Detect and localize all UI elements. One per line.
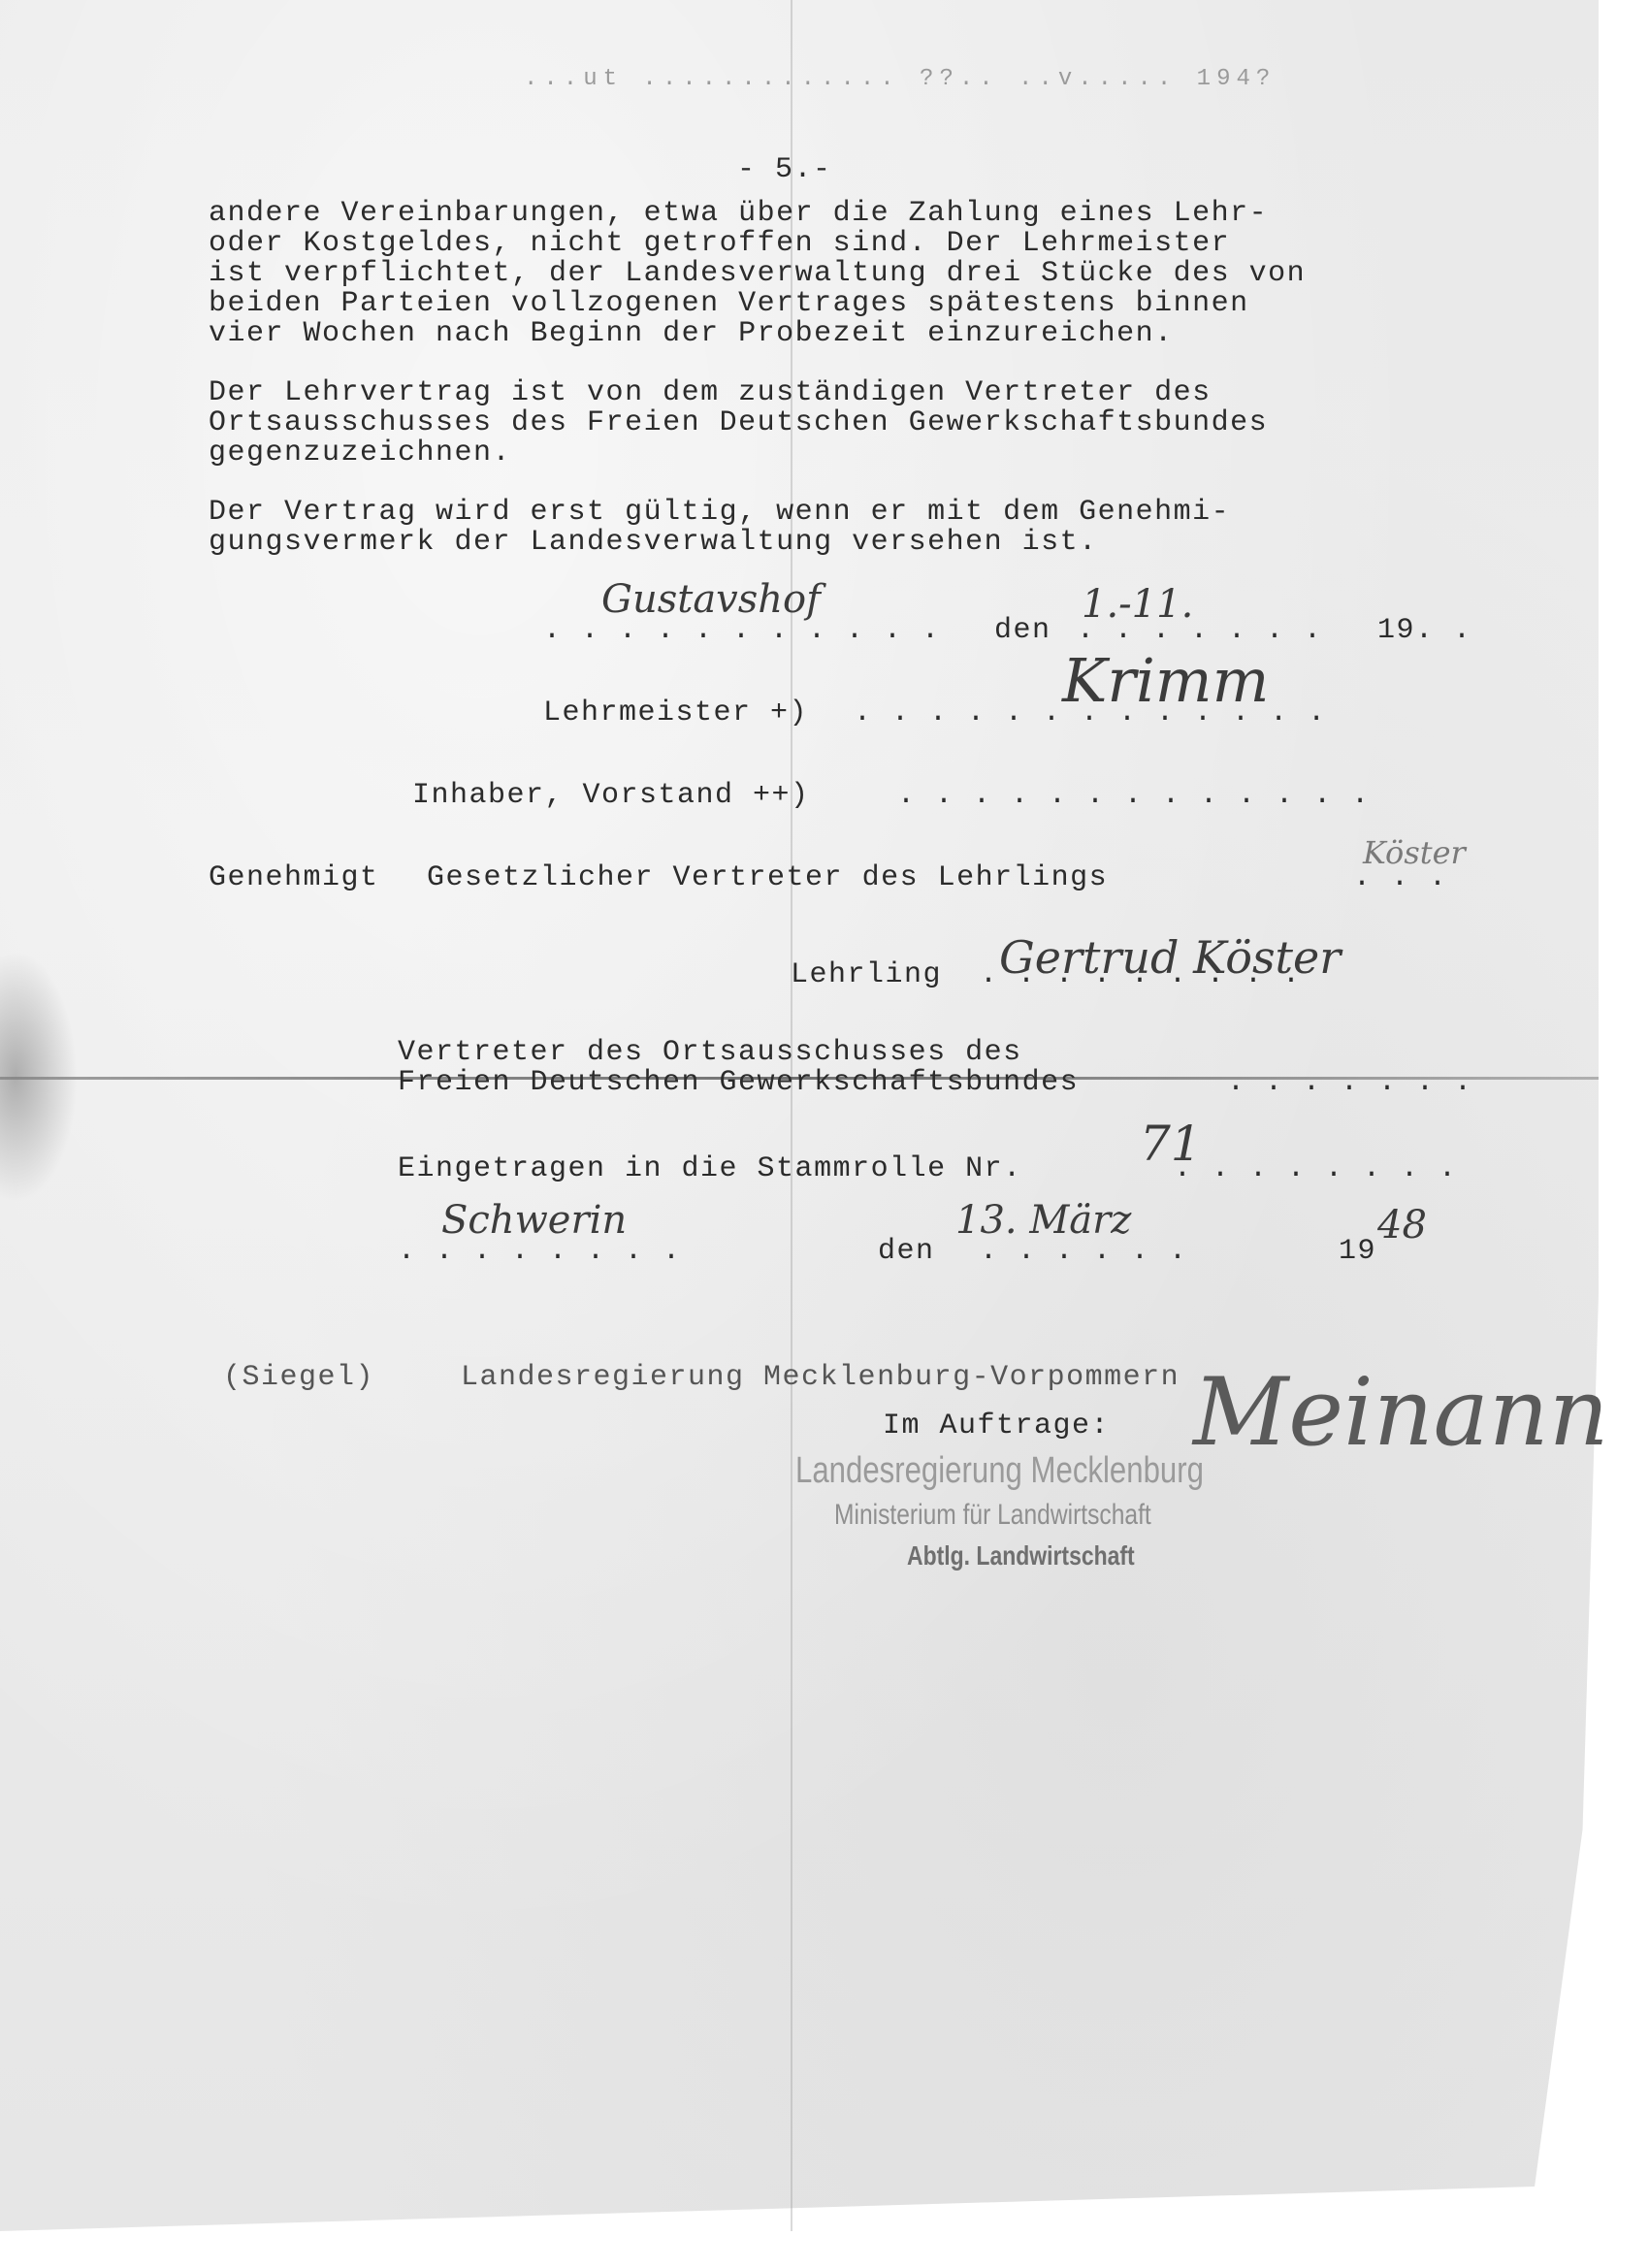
signature-label: Vertreter des Ortsausschusses des (398, 1038, 1022, 1067)
page-number: - 5.- (737, 155, 832, 184)
den-label: den (994, 616, 1051, 645)
dots: . . . . . . . (1227, 1068, 1473, 1097)
stamp-line-3: Abtlg. Landwirtschaft (907, 1540, 1135, 1571)
handwritten-year: 48 (1377, 1203, 1427, 1247)
im-auftrage-label: Im Auftrage: (883, 1411, 1110, 1441)
text-line: oder Kostgeldes, nicht getroffen sind. D… (209, 229, 1230, 258)
text-line: gegenzuzeichnen. (209, 438, 511, 468)
registration-label: Eingetragen in die Stammrolle Nr. (398, 1154, 1022, 1183)
text-line: gungsvermerk der Landesverwaltung verseh… (209, 528, 1098, 557)
stamp-line-2: Ministerium für Landwirtschaft (834, 1499, 1151, 1532)
signature-label: Freien Deutschen Gewerkschaftsbundes (398, 1068, 1079, 1097)
water-stain (0, 951, 78, 1203)
genehmigt-label: Genehmigt (209, 863, 379, 892)
text-line: beiden Parteien vollzogenen Vertrages sp… (209, 289, 1249, 318)
text-line: Ortsausschusses des Freien Deutschen Gew… (209, 408, 1268, 437)
year-prefix: 19 (1339, 1237, 1376, 1266)
signature-label: Lehrling (791, 960, 942, 989)
handwritten-signature: Gertrud Köster (999, 931, 1341, 984)
year-prefix: 19. . (1377, 616, 1472, 645)
handwritten-place: Schwerin (441, 1198, 627, 1243)
handwritten-place: Gustavshof (601, 577, 821, 622)
text-line: vier Wochen nach Beginn der Probezeit ei… (209, 319, 1174, 348)
header-ghost-text: ...ut ............. ??.. ..v..... 194? (524, 66, 1276, 92)
dots: . . . . . . (980, 1237, 1188, 1266)
den-label: den (878, 1237, 935, 1266)
text-line: andere Vereinbarungen, etwa über die Zah… (209, 199, 1268, 228)
dots: . . . . . . . (1077, 616, 1323, 645)
dots: . . . . . . . . . . . . . (897, 781, 1371, 810)
signature-label: Inhaber, Vorstand ++) (412, 781, 810, 810)
signature-label: Gesetzlicher Vertreter des Lehrlings (427, 863, 1108, 892)
text-line: Der Vertrag wird erst gültig, wenn er mi… (209, 498, 1230, 527)
signature-label: Lehrmeister +) (543, 698, 808, 728)
text-line: Der Lehrvertrag ist von dem zuständigen … (209, 378, 1212, 407)
seal-label: (Siegel) (223, 1363, 374, 1392)
handwritten-signature: Köster (1363, 834, 1466, 871)
dots: . . . . . . . . (1174, 1154, 1458, 1183)
stamp-line-1: Landesregierung Mecklenburg (795, 1450, 1204, 1492)
official-signature: Meinann (1193, 1358, 1609, 1467)
text-line: ist verpflichtet, der Landesverwaltung d… (209, 259, 1306, 288)
handwritten-signature: Krimm (1062, 645, 1269, 716)
government-name: Landesregierung Mecklenburg-Vorpommern (461, 1363, 1180, 1392)
